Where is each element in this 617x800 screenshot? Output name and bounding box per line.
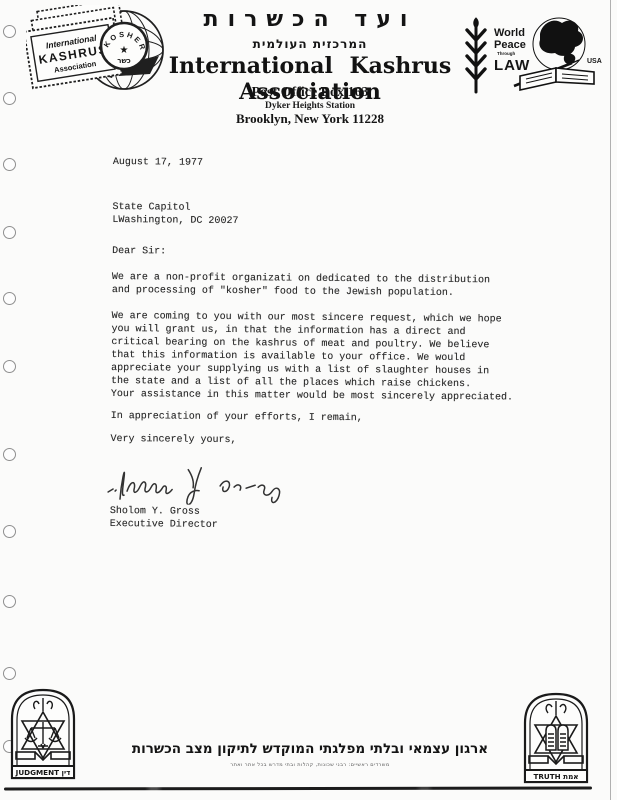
footer-hebrew-line: ארגון עצמאי ובלתי מפלגתי המוקדש לתיקון מ…: [108, 741, 512, 757]
hebrew-subtitle: המרכזית העולמית: [130, 37, 490, 51]
scanned-letter-page: { "page": { "background": "#fbfbfa", "in…: [0, 0, 617, 800]
salutation: Dear Sir:: [112, 245, 166, 258]
hole-punch: [3, 360, 16, 373]
peace-line1: World: [494, 27, 525, 39]
scan-edge-line-bottom: [4, 786, 592, 790]
hole-punch: [3, 92, 16, 105]
signer-title: Executive Director: [110, 518, 218, 532]
peace-line2: Peace: [494, 39, 526, 51]
peace-line4: LAW: [494, 57, 530, 74]
hole-punch: [3, 158, 16, 171]
wheat-icon: [467, 18, 485, 92]
usa-label: USA: [587, 58, 602, 65]
globe-map-icon: [533, 18, 585, 70]
hole-punch: [3, 292, 16, 305]
valediction: Very sincerely yours,: [110, 433, 236, 447]
hole-punch: [3, 448, 16, 461]
recipient-line1: State Capitol: [112, 201, 190, 215]
city-line: Brooklyn, New York 11228: [130, 111, 490, 127]
hole-punch: [3, 667, 16, 680]
peace-line3: Through: [497, 51, 515, 56]
closing-line: In appreciation of your efforts, I remai…: [111, 410, 363, 425]
po-box-line: Post Office Box 163: [130, 85, 490, 101]
truth-label: TRUTH אמת: [533, 772, 578, 781]
letter-body: August 17, 1977 State Capitol LWashingto…: [110, 156, 543, 560]
hole-punch: [3, 525, 16, 538]
judgment-emblem: JUDGMENT דין: [8, 686, 78, 780]
judgment-label: JUDGMENT דין: [15, 768, 71, 777]
station-line: Dyker Heights Station: [130, 101, 490, 111]
hole-punch: [3, 25, 16, 38]
signature-scrawl: [100, 452, 320, 506]
hole-punch: [3, 226, 16, 239]
hebrew-title: ועד הכשרות: [130, 7, 490, 32]
paragraph-2: We are coming to you with our most since…: [111, 310, 514, 405]
scan-edge-line-right: [610, 0, 611, 800]
world-peace-law-logo: World Peace Through LAW USA: [462, 12, 607, 100]
truth-emblem: TRUTH אמת: [521, 690, 591, 784]
hole-punch: [3, 595, 16, 608]
date-line: August 17, 1977: [113, 156, 203, 170]
footer-fine-print: משרדים ראשיים: רבני שכונות, קהלות ובתי מ…: [160, 762, 460, 768]
recipient-line2: LWashington, DC 20027: [112, 214, 238, 228]
signer-name: Sholom Y. Gross: [110, 505, 200, 519]
paragraph-1: We are a non-profit organizati on dedica…: [112, 271, 490, 300]
